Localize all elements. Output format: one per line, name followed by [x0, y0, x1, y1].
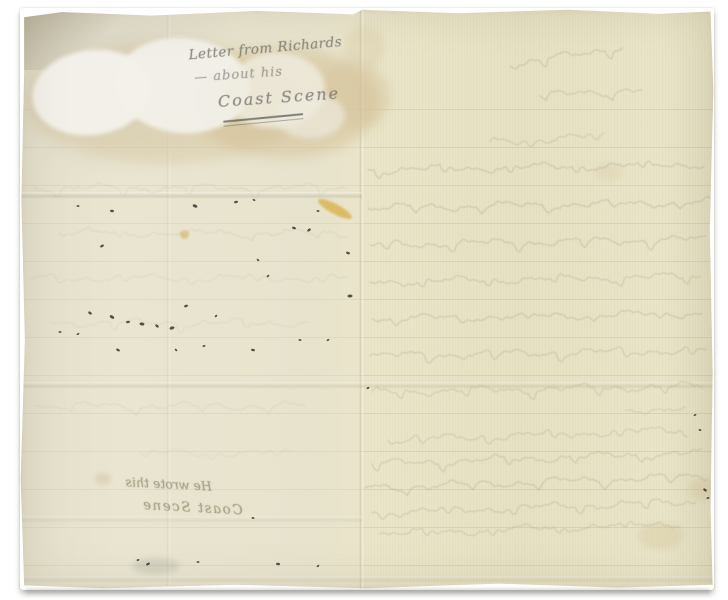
ink-fleck	[169, 326, 175, 330]
letter-sheet: Letter from Richards — about his Coast S…	[20, 8, 714, 590]
ink-fleck	[192, 204, 198, 209]
ink-showthrough-line	[140, 449, 290, 460]
ink-fleck	[316, 564, 319, 567]
ink-fleck	[307, 228, 312, 232]
ink-showthrough-line	[372, 497, 696, 521]
paper-drop-shadow	[26, 589, 710, 596]
showthrough-note-line: He wrote this	[125, 474, 212, 493]
ink-showthrough-line	[625, 407, 685, 415]
ink-fleck	[109, 314, 115, 319]
paper-surface: Letter from Richards — about his Coast S…	[20, 8, 714, 590]
ink-fleck	[214, 314, 217, 317]
ink-showthrough-line	[370, 235, 706, 255]
ink-fleck	[88, 311, 93, 315]
ink-fleck	[698, 429, 701, 432]
ink-fleck	[347, 294, 352, 297]
ink-fleck	[276, 563, 280, 566]
ink-showthrough-line	[372, 309, 702, 326]
ink-fleck	[346, 251, 351, 255]
ink-showthrough-line	[368, 197, 710, 216]
ink-showthrough-line	[380, 519, 680, 540]
ink-fleck	[693, 414, 696, 417]
ink-fleck	[197, 561, 200, 563]
ink-showthrough-line	[368, 160, 704, 179]
ink-showthrough-line	[60, 228, 348, 241]
ink-fleck	[116, 348, 121, 352]
ink-fleck	[202, 345, 205, 347]
ink-fleck	[326, 338, 329, 341]
ink-fleck	[316, 210, 319, 212]
ink-fleck	[184, 304, 189, 308]
ink-showthrough-line	[50, 318, 308, 333]
ink-fleck	[251, 348, 255, 351]
ink-showthrough-line	[365, 471, 707, 498]
ink-fleck	[136, 559, 139, 562]
ink-showthrough-line	[509, 42, 624, 76]
ink-fleck	[100, 244, 105, 248]
ink-fleck	[251, 517, 254, 520]
ink-showthrough-line	[540, 85, 643, 106]
ink-fleck	[58, 331, 61, 333]
ink-fleck	[234, 200, 238, 203]
ink-fleck	[298, 339, 301, 341]
ink-showthrough-line	[388, 425, 688, 447]
showthrough-note-line: Coast Scene	[141, 497, 243, 518]
ink-fleck	[146, 562, 151, 566]
pencil-showthrough-note: He wrote this Coast Scene	[74, 472, 246, 529]
ink-fleck	[256, 258, 259, 261]
ink-showthrough-line	[490, 132, 604, 148]
ink-showthrough-line	[370, 271, 700, 290]
ink-fleck	[110, 210, 114, 213]
ink-showthrough-line	[30, 273, 348, 284]
ink-fleck	[76, 205, 79, 207]
ink-fleck	[366, 387, 369, 390]
ink-showthrough-line	[372, 381, 702, 402]
ink-showthrough-line	[35, 183, 347, 199]
ink-showthrough-line	[370, 346, 706, 365]
photo-of-letter: Letter from Richards — about his Coast S…	[0, 0, 728, 600]
ink-fleck	[76, 333, 79, 336]
ink-showthrough-line	[35, 401, 305, 416]
ink-fleck	[174, 348, 177, 351]
ink-showthrough-line	[372, 447, 702, 474]
ink-fleck	[703, 488, 708, 492]
ink-fleck	[706, 497, 709, 499]
